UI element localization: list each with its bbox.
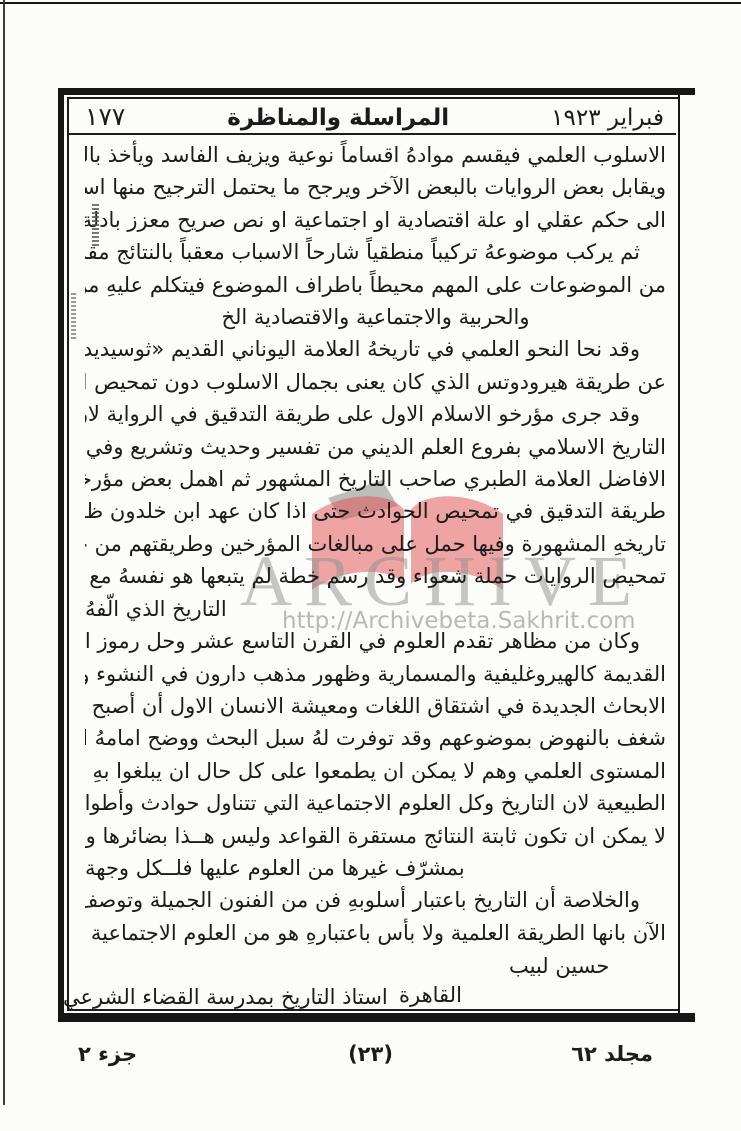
text-line: من الموضوعات على المهم محيطاً باطراف الم… bbox=[85, 269, 666, 301]
volume-label: مجلد ٦٢ bbox=[571, 1042, 653, 1066]
text-line: الافاضل العلامة الطبري صاحب التاريخ المش… bbox=[85, 463, 666, 495]
folio-number: (٢٣) bbox=[348, 1042, 393, 1066]
text-line: ويقابل بعض الروايات بالبعض الآخر ويرجح م… bbox=[85, 171, 666, 203]
text-line: تمحيص الروايات حملة شعواء وقد رسم خطة لم… bbox=[85, 560, 666, 592]
text-line: الاسلوب العلمي فيقسم موادهُ اقساماً نوعي… bbox=[85, 139, 666, 171]
text-line: الآن بانها الطريقة العلمية ولا بأس باعتب… bbox=[85, 917, 666, 949]
text-line: شغف بالنهوض بموضوعهم وقد توفرت لهُ سبل ا… bbox=[85, 722, 666, 754]
scan-edge-line-left bbox=[3, 0, 5, 1105]
page-footer: مجلد ٦٢ (٢٣) جزء ٢ bbox=[0, 1042, 741, 1078]
text-line: وقد جرى مؤرخو الاسلام الاول على طريقة ال… bbox=[85, 398, 666, 430]
page-header: فبراير ١٩٢٣ المراسلة والمناظرة ١٧٧ bbox=[69, 95, 676, 135]
text-line: عن طريقة هيرودوتس الذي كان يعنى بجمال ال… bbox=[85, 366, 666, 398]
text-line: الابحاث الجديدة في اشتقاق اللغات ومعيشة … bbox=[85, 690, 666, 722]
text-line: التاريخ الاسلامي بفروع العلم الديني من ت… bbox=[85, 431, 666, 463]
text-line: المستوى العلمي وهم لا يمكن ان يطمعوا على… bbox=[85, 755, 666, 787]
text-line: بمشرّف غيرها من العلوم عليها فلــكل وجهة bbox=[85, 852, 666, 884]
page-frame: فبراير ١٩٢٣ المراسلة والمناظرة ١٧٧ الاسل… bbox=[58, 88, 680, 1022]
page-content: فبراير ١٩٢٣ المراسلة والمناظرة ١٧٧ الاسل… bbox=[69, 95, 676, 1009]
author-signature: حسين لبيب bbox=[69, 951, 676, 981]
section-title: المراسلة والمناظرة bbox=[227, 105, 449, 131]
frame-border-extension-top bbox=[678, 88, 695, 95]
scanned-journal-page: { "header": { "date": "فبراير ١٩٢٣", "ti… bbox=[0, 0, 741, 1131]
scan-edge-line-top bbox=[0, 2, 741, 4]
text-line: وكان من مظاهر تقدم العلوم في القرن التاس… bbox=[85, 625, 666, 657]
text-line: والحربية والاجتماعية والاقتصادية الخ bbox=[85, 301, 666, 333]
text-line: لا يمكن ان تكون ثابتة النتائج مستقرة الق… bbox=[85, 820, 666, 852]
article-body: الاسلوب العلمي فيقسم موادهُ اقساماً نوعي… bbox=[69, 135, 676, 949]
text-line: وقد نحا النحو العلمي في تاريخهُ العلامة … bbox=[85, 333, 666, 365]
closing-city: القاهرة bbox=[399, 983, 462, 1007]
text-line: القديمة كالهيروغليفية والمسمارية وظهور م… bbox=[85, 658, 666, 690]
text-line: ثم يركب موضوعهُ تركيباً منطقياً شارحاً ا… bbox=[85, 236, 666, 268]
page-number: ١٧٧ bbox=[85, 102, 125, 131]
part-label: جزء ٢ bbox=[78, 1042, 137, 1066]
author-role: استاذ التاريخ بمدرسة القضاء الشرعي bbox=[63, 985, 388, 1009]
text-line: الى حكم عقلي او علة اقتصادية او اجتماعية… bbox=[85, 204, 666, 236]
scan-artifact bbox=[71, 293, 76, 339]
text-line: والخلاصة أن التاريخ باعتبار أسلوبهِ فن م… bbox=[85, 884, 666, 916]
text-line: تاريخهِ المشهورة وفيها حمل على مبالغات ا… bbox=[85, 528, 666, 560]
text-line: طريقة التدقيق في تمحيص الحوادث حتى اذا ك… bbox=[85, 495, 666, 527]
closing-row: القاهرة استاذ التاريخ بمدرسة القضاء الشر… bbox=[69, 983, 676, 1015]
frame-border-extension-bottom bbox=[678, 1013, 695, 1022]
issue-date: فبراير ١٩٢٣ bbox=[551, 105, 664, 131]
scan-artifact bbox=[92, 204, 99, 246]
text-line: التاريخ الذي الّفهُ bbox=[85, 593, 666, 625]
text-line: الطبيعية لان التاريخ وكل العلوم الاجتماع… bbox=[85, 787, 666, 819]
